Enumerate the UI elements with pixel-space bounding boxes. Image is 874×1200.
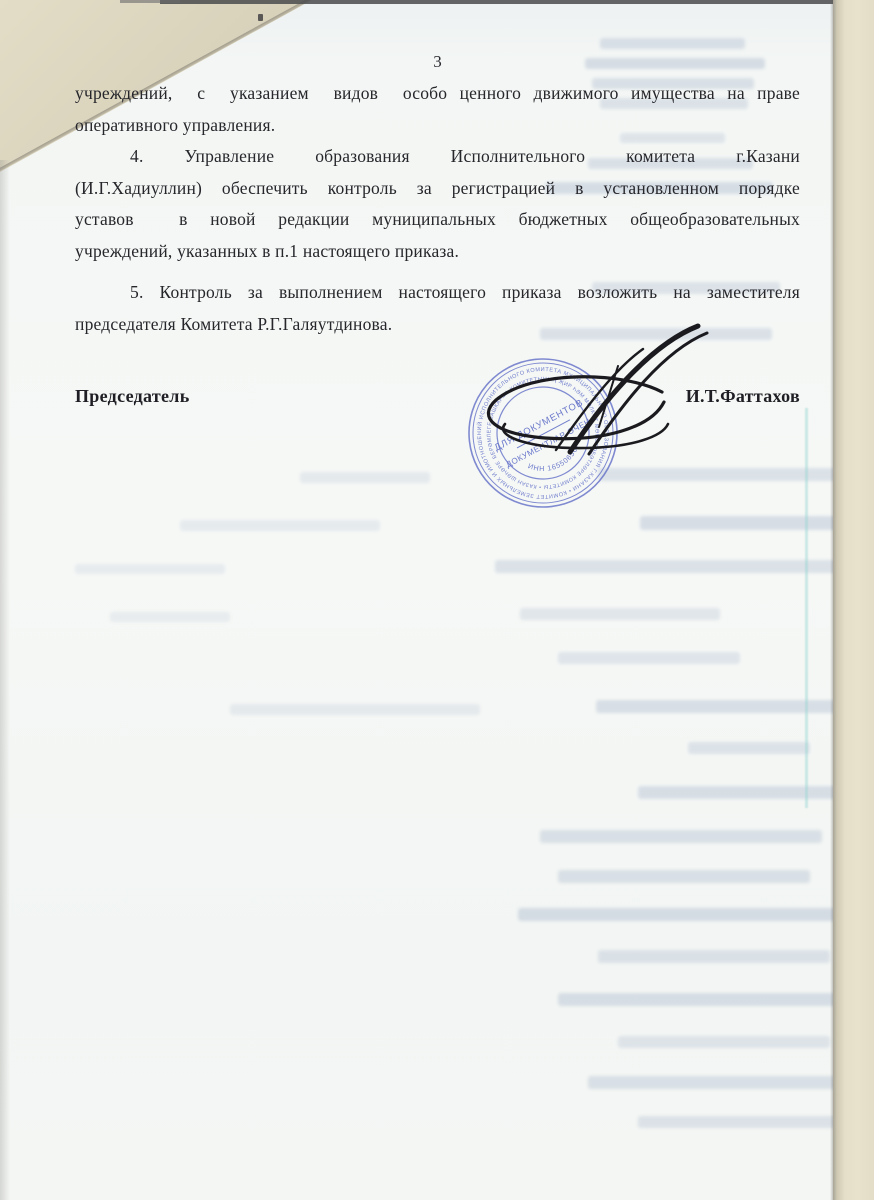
bleedthrough-text-artifact	[618, 1036, 830, 1048]
scan-top-edge-fade	[120, 0, 180, 3]
scanner-background-strip	[833, 0, 874, 1200]
bleedthrough-text-artifact	[558, 870, 810, 883]
bleedthrough-text-artifact	[598, 950, 830, 963]
bleedthrough-text-artifact	[588, 1076, 860, 1089]
document-text-line: (И.Г.Хадиуллин) обеспечить контроль за р…	[75, 173, 800, 205]
signer-title: Председатель	[75, 386, 190, 407]
bleedthrough-text-artifact	[596, 700, 858, 713]
document-text-line: оперативного управления.	[75, 110, 800, 142]
bleedthrough-text-artifact	[558, 652, 740, 664]
bleedthrough-text-artifact	[558, 993, 860, 1006]
page-number: 3	[75, 52, 800, 72]
bleedthrough-text-artifact	[518, 908, 860, 921]
scanned-document-page: 3 учреждений, с указанием видов особо це…	[0, 0, 874, 1200]
bleedthrough-text-artifact	[75, 564, 225, 574]
bleedthrough-text-artifact	[180, 520, 380, 531]
bleedthrough-text-artifact	[230, 704, 480, 715]
stamp-ring-text-outer: ОТНОШЕНИЙ ИСПОЛНИТЕЛЬНОГО КОМИТЕТА МУНИЦ…	[454, 344, 633, 523]
bleedthrough-text-artifact	[638, 1116, 840, 1128]
document-text-line: учреждений, с указанием видов особо ценн…	[75, 78, 800, 110]
document-text-line: 4. Управление образования Исполнительног…	[75, 141, 800, 173]
bleedthrough-text-artifact	[300, 472, 430, 483]
scan-streak-artifact	[805, 408, 808, 808]
document-text-line: уставов в новой редакции муниципальных б…	[75, 204, 800, 236]
bleedthrough-text-artifact	[688, 742, 810, 754]
bleedthrough-text-artifact	[110, 612, 230, 622]
bleedthrough-text-artifact	[600, 38, 745, 49]
svg-text:ОТНОШЕНИЙ ИСПОЛНИТЕЛЬНОГО КОМИ: ОТНОШЕНИЙ ИСПОЛНИТЕЛЬНОГО КОМИТЕТА МУНИЦ…	[454, 344, 633, 523]
scan-left-shade	[0, 160, 10, 1200]
bleedthrough-text-artifact	[520, 608, 720, 620]
scan-speck	[258, 14, 263, 21]
bleedthrough-text-artifact	[540, 830, 822, 843]
stamp-and-signature: ОТНОШЕНИЙ ИСПОЛНИТЕЛЬНОГО КОМИТЕТА МУНИЦ…	[420, 298, 732, 532]
document-text-line: учреждений, указанных в п.1 настоящего п…	[75, 236, 800, 268]
scan-top-edge	[160, 0, 874, 4]
